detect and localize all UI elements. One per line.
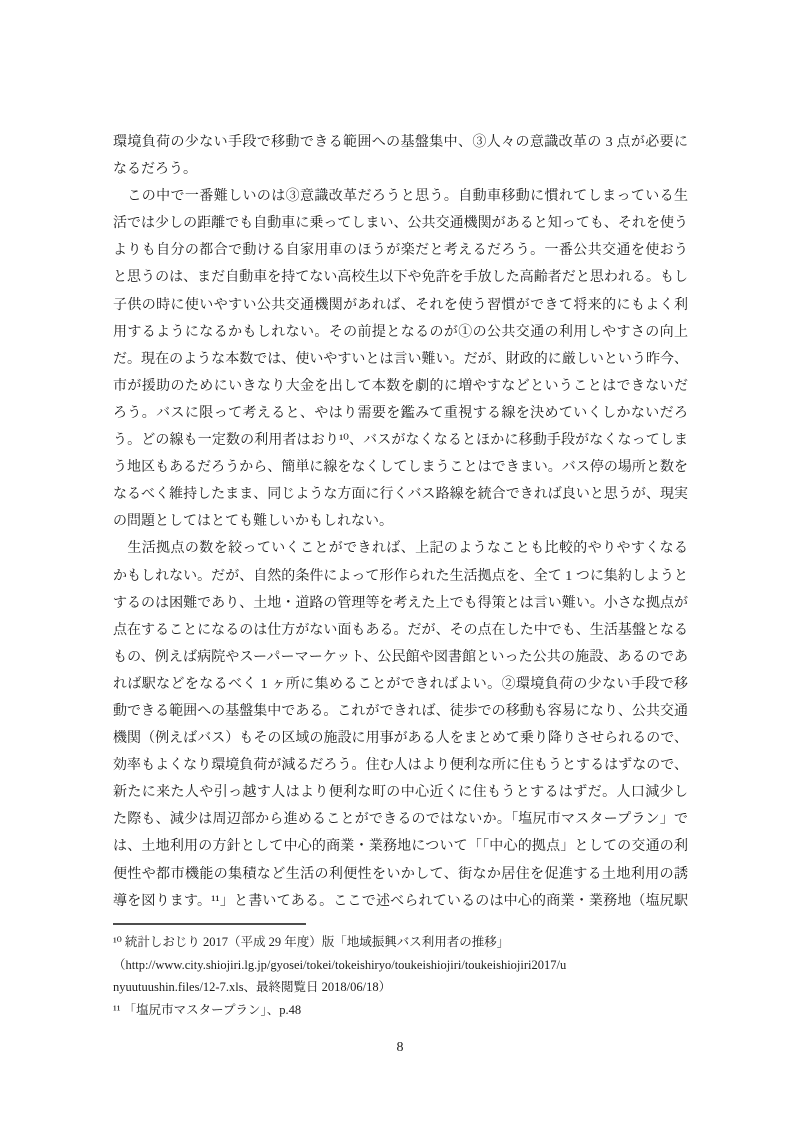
body-line: もの、例えば病院やスーパーマーケット、公民館や図書館といった公共の施設、あるので… bbox=[113, 644, 688, 671]
body-line: 市が援助のためにいきなり大金を出して本数を劇的に増やすなどということはできないだ bbox=[113, 373, 688, 400]
body-line: 便性や都市機能の集積など生活の利便性をいかして、街なか居住を促進する土地利用の誘 bbox=[113, 861, 688, 888]
body-line: 動できる範囲への基盤集中である。これができれば、徒歩での移動も容易になり、公共交… bbox=[113, 698, 688, 725]
body-line: 生活拠点の数を絞っていくことができれば、上記のようなことも比較的やりやすくなる bbox=[113, 535, 688, 562]
footnote-line: nyuutuushin.files/12-7.xls、最終閲覧日 2018/06… bbox=[113, 976, 693, 999]
body-line: の問題としてはとても難しいかもしれない。 bbox=[113, 508, 688, 535]
document-page: 環境負荷の少ない手段で移動できる範囲への基盤集中、③人々の意識改革の 3 点が必… bbox=[0, 0, 800, 1132]
body-line: 用するようになるかもしれない。その前提となるのが①の公共交通の利用しやすさの向上 bbox=[113, 319, 688, 346]
body-text: 環境負荷の少ない手段で移動できる範囲への基盤集中、③人々の意識改革の 3 点が必… bbox=[113, 129, 688, 915]
footnote-separator bbox=[113, 923, 306, 925]
body-line: と思うのは、まだ自動車を持てない高校生以下や免許を手放した高齢者だと思われる。も… bbox=[113, 264, 688, 291]
body-line: た際も、減少は周辺部から進めることができるのではないか。「塩尻市マスタープラン」… bbox=[113, 806, 688, 833]
body-line: 機関（例えばバス）もその区域の施設に用事がある人をまとめて乗り降りさせられるので… bbox=[113, 725, 688, 752]
body-line: 子供の時に使いやすい公共交通機関があれば、それを使う習慣ができて将来的にもよく利 bbox=[113, 292, 688, 319]
body-line: れば駅などをなるべく 1 ヶ所に集めることができればよい。②環境負荷の少ない手段… bbox=[113, 671, 688, 698]
body-line: 活では少しの距離でも自動車に乗ってしまい、公共交通機関があると知っても、それを使… bbox=[113, 210, 688, 237]
body-line: 点在することになるのは仕方がない面もある。だが、その点在した中でも、生活基盤とな… bbox=[113, 617, 688, 644]
body-line: よりも自分の都合で動ける自家用車のほうが楽だと考えるだろう。一番公共交通を使おう bbox=[113, 237, 688, 264]
body-line: 効率もよくなり環境負荷が減るだろう。住む人はより便利な所に住もうとするはずなので… bbox=[113, 752, 688, 779]
body-line: う。どの線も一定数の利用者はおり¹⁰、バスがなくなるとほかに移動手段がなくなって… bbox=[113, 427, 688, 454]
footnote-line: ¹¹ 「塩尻市マスタープラン」、p.48 bbox=[113, 999, 693, 1022]
footnote-line: （http://www.city.shiojiri.lg.jp/gyosei/t… bbox=[113, 954, 693, 977]
body-line: 環境負荷の少ない手段で移動できる範囲への基盤集中、③人々の意識改革の 3 点が必… bbox=[113, 129, 688, 156]
body-line: だ。現在のような本数では、使いやすいとは言い難い。だが、財政的に厳しいという昨今… bbox=[113, 346, 688, 373]
body-line: この中で一番難しいのは③意識改革だろうと思う。自動車移動に慣れてしまっている生 bbox=[113, 183, 688, 210]
footnotes: ¹⁰ 統計しおじり 2017（平成 29 年度）版「地域振興バス利用者の推移」 … bbox=[113, 931, 693, 1022]
page-number: 8 bbox=[0, 1040, 800, 1056]
body-line: う地区もあるだろうから、簡単に線をなくしてしまうことはできまい。バス停の場所と数… bbox=[113, 454, 688, 481]
footnote-line: ¹⁰ 統計しおじり 2017（平成 29 年度）版「地域振興バス利用者の推移」 bbox=[113, 931, 693, 954]
body-line: なるべく維持したまま、同じような方面に行くバス路線を統合できれば良いと思うが、現… bbox=[113, 481, 688, 508]
body-line: かもしれない。だが、自然的条件によって形作られた生活拠点を、全て 1 つに集約し… bbox=[113, 563, 688, 590]
body-line: 導を図ります。¹¹」と書いてある。ここで述べられているのは中心的商業・業務地（塩… bbox=[113, 888, 688, 915]
body-line: ろう。バスに限って考えると、やはり需要を鑑みて重視する線を決めていくしかないだろ bbox=[113, 400, 688, 427]
body-line: 新たに来た人や引っ越す人はより便利な町の中心近くに住もうとするはずだ。人口減少し bbox=[113, 779, 688, 806]
body-line: するのは困難であり、土地・道路の管理等を考えた上でも得策とは言い難い。小さな拠点… bbox=[113, 590, 688, 617]
body-line: は、土地利用の方針として中心的商業・業務地について「「中心的拠点」としての交通の… bbox=[113, 833, 688, 860]
body-line: なるだろう。 bbox=[113, 156, 688, 183]
